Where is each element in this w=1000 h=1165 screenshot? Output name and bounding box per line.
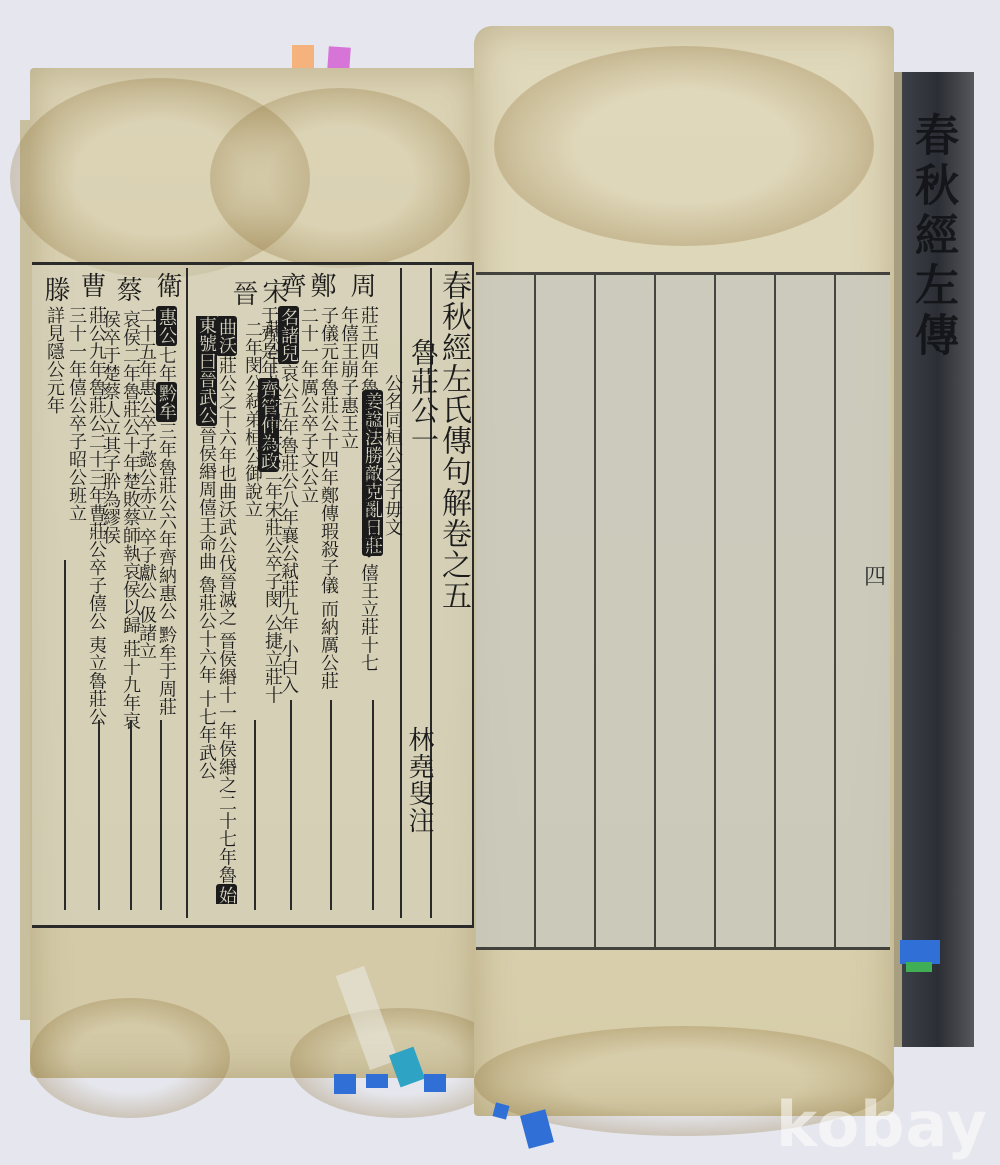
state-heading-zhou: 周 xyxy=(346,272,376,299)
spine-handwritten-title: 春秋經左傳 xyxy=(914,112,964,362)
annotation-column: 公名同桓公之子毋文 xyxy=(382,374,402,536)
orange-tab-flag xyxy=(292,45,314,69)
zhou-text: 莊王四年魯莊公十二年莊王崩子 僖王立莊十七年僖王崩子惠王立 xyxy=(338,306,378,686)
song-text: 莊公十八年魯莊公二年宋莊公卒子閔 公捷立莊十二年閔公弒弟桓公御說立 xyxy=(242,320,282,720)
right-margin-mark: 四 xyxy=(864,560,886,591)
state-heading-cao: 曹 xyxy=(76,272,106,299)
book-spine: 春秋經左傳 xyxy=(894,72,974,1047)
teng-text: 詳見隱公元年 xyxy=(42,306,64,456)
jin-text: 曲沃莊公之十六年也曲沃武公伐晉滅之 晉侯緡十一年侯緡之二十七年魯始東號曰晉武公晉… xyxy=(192,316,236,916)
blue-bottom-flag-1 xyxy=(334,1074,356,1094)
blue-bottom-flag-3 xyxy=(424,1074,446,1092)
green-spine-flag xyxy=(906,962,932,972)
kobay-watermark: kobay xyxy=(776,1088,988,1161)
blue-bottom-flag-2 xyxy=(366,1074,388,1088)
annotator-credit: 林堯叟注 xyxy=(404,726,434,834)
zheng-text: 子儀元年魯莊公十四年鄭傳瑕殺子儀 而納厲公莊二十一年厲公卒子文公立 xyxy=(298,306,338,706)
right-page-ruled-frame xyxy=(476,272,890,950)
blue-spine-flag xyxy=(900,940,940,964)
state-heading-jin: 晉 xyxy=(228,280,258,307)
state-heading-song: 宋 xyxy=(258,278,288,305)
state-heading-cai: 蔡 xyxy=(112,276,142,303)
volume-title: 春秋經左氏傳句解卷之五 xyxy=(436,270,470,611)
state-heading-teng: 滕 xyxy=(40,276,70,303)
chapter-heading: 魯莊公一 xyxy=(408,338,438,454)
state-heading-zheng: 鄭 xyxy=(306,272,336,299)
cao-text: 莊公九年魯莊公二十三年曹莊公卒子僖公 夷立魯莊公三十一年僖公卒子昭公班立 xyxy=(66,306,106,726)
blue-bottom-flag-4 xyxy=(492,1102,509,1119)
state-heading-wei: 衛 xyxy=(152,272,182,299)
